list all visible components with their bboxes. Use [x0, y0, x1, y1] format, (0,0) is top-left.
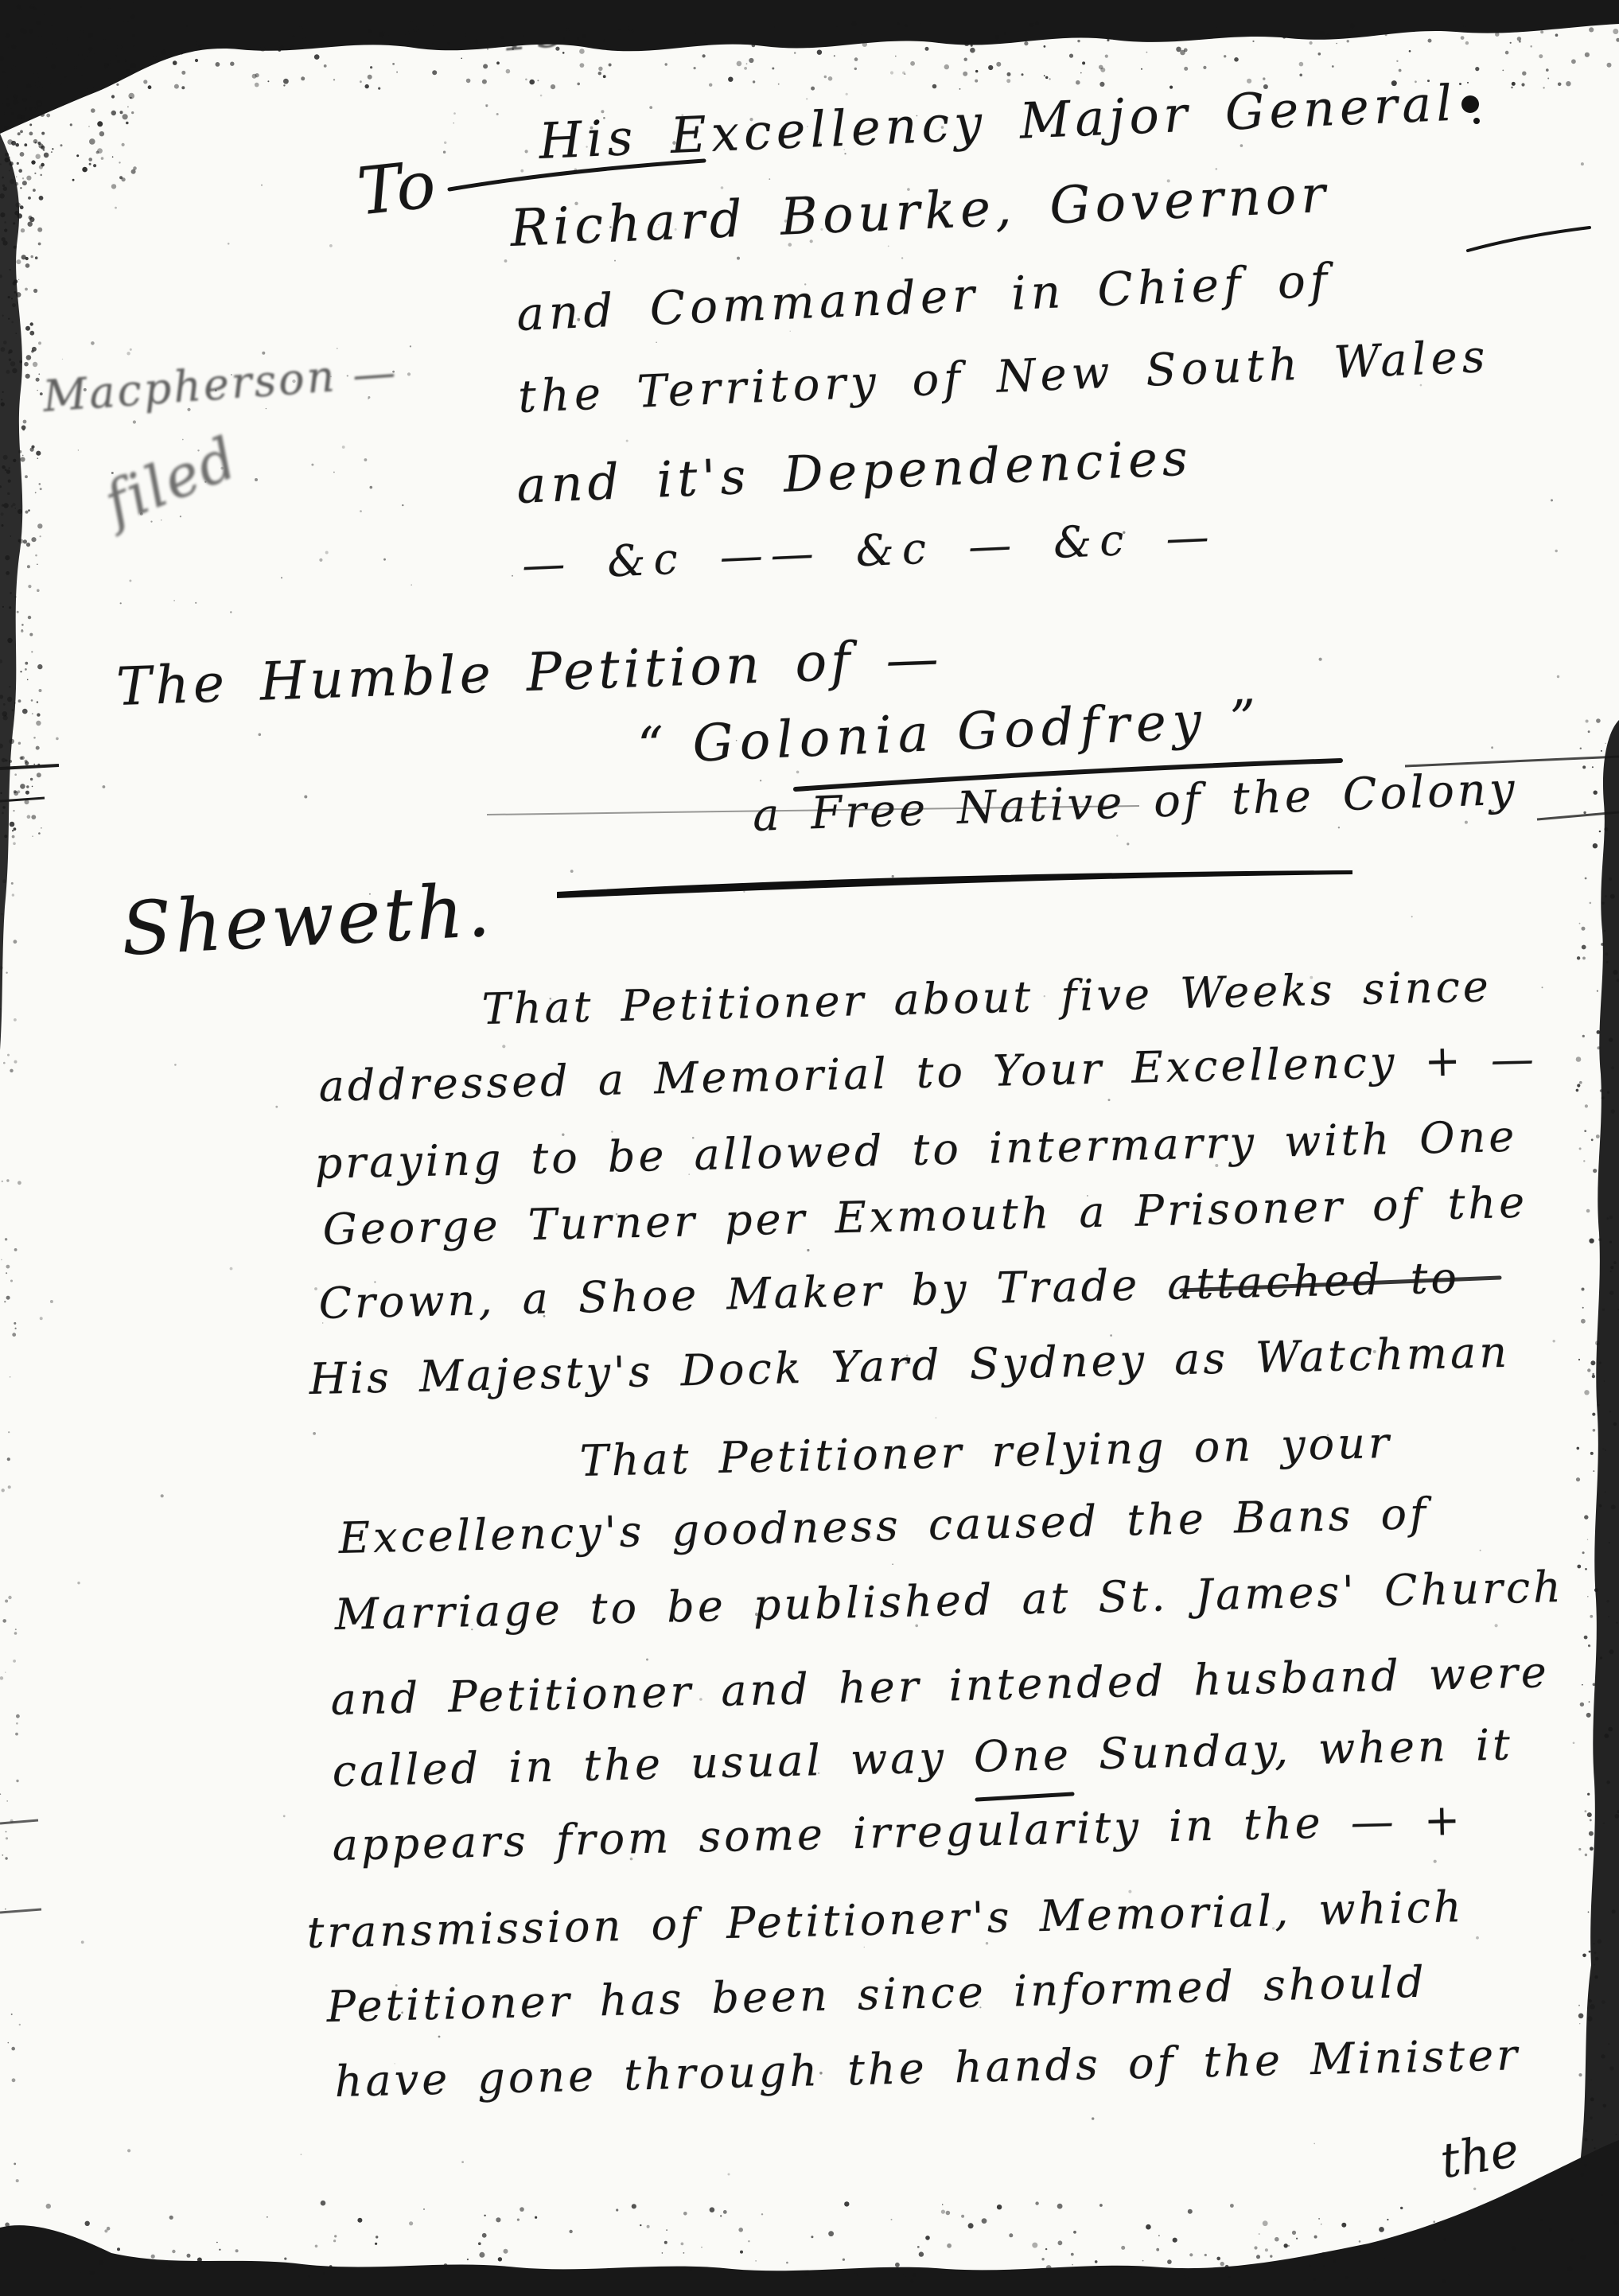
petitioner-name: “ Golonia Godfrey ”	[636, 690, 1263, 776]
body-line: transmission of Petitioner's Memorial, w…	[306, 1882, 1465, 1958]
petitioner-description: a Free Native of the Colony	[752, 764, 1519, 842]
body-line: appears from some irregularity in the — …	[332, 1796, 1464, 1870]
salutation-sheweth: Sheweth.	[119, 869, 495, 972]
address-line: and Commander in Chief of	[516, 254, 1333, 341]
address-line: and it's Dependencies	[516, 429, 1193, 514]
body-line: Marriage to be published at St. James' C…	[334, 1562, 1564, 1640]
body-line: have gone through the hands of the Minis…	[334, 2030, 1521, 2107]
body-line: Excellency's goodness caused the Bans of	[338, 1489, 1430, 1563]
margin-note-illegible: filed	[95, 425, 247, 537]
body-line: Crown, a Shoe Maker by Trade attached to	[318, 1253, 1461, 1329]
petition-heading: The Humble Petition of —	[115, 628, 944, 718]
governor-swash	[1468, 228, 1590, 251]
frame-bottom-band	[0, 2140, 1619, 2296]
margin-note-illegible: Macpherson —	[41, 348, 399, 422]
body-line: called in the usual way One Sunday, when…	[332, 1720, 1514, 1796]
date-note: 13 Sept 32	[500, 0, 811, 62]
one-underline	[977, 1794, 1072, 1800]
body-line: Petitioner has been since informed shoul…	[326, 1958, 1427, 2032]
body-line: addressed a Memorial to Your Excellency …	[318, 1034, 1538, 1111]
registration-number: 32/6936 —	[44, 0, 356, 80]
frame-right-band	[1574, 720, 1619, 2296]
body-line: praying to be allowed to intermarry with…	[314, 1112, 1518, 1189]
heading-thick-rule	[557, 870, 1352, 898]
frame-left-band	[0, 134, 22, 1050]
margin-scan-dash	[0, 765, 59, 769]
body-line: His Majesty's Dock Yard Sydney as Watchm…	[309, 1328, 1511, 1404]
catchword: the	[1437, 2123, 1523, 2190]
ink-blot	[1473, 118, 1480, 124]
address-etc-line: — &c —— &c — &c —	[521, 512, 1218, 590]
address-line: His Excellency Major General	[538, 75, 1457, 170]
body-line: and Petitioner and her intended husband …	[330, 1648, 1550, 1725]
to-label: To	[354, 148, 439, 231]
address-line: the Territory of New South Wales	[517, 332, 1491, 424]
margin-scan-dash	[0, 1820, 38, 1823]
body-line: That Petitioner about five Weeks since	[481, 962, 1492, 1034]
ink-blot	[1461, 95, 1479, 113]
address-line: Richard Bourke, Governor	[509, 166, 1331, 259]
margin-scan-dash	[0, 1909, 41, 1913]
margin-scan-dash	[0, 798, 45, 801]
manuscript-scan-page: 32/6936 — 13 Sept 32 To His Excellency M…	[0, 0, 1619, 2296]
scan-artifact-line	[1537, 812, 1619, 819]
body-line: George Turner per Exmouth a Prisoner of …	[322, 1178, 1528, 1255]
body-line: That Petitioner relying on your	[579, 1418, 1392, 1486]
